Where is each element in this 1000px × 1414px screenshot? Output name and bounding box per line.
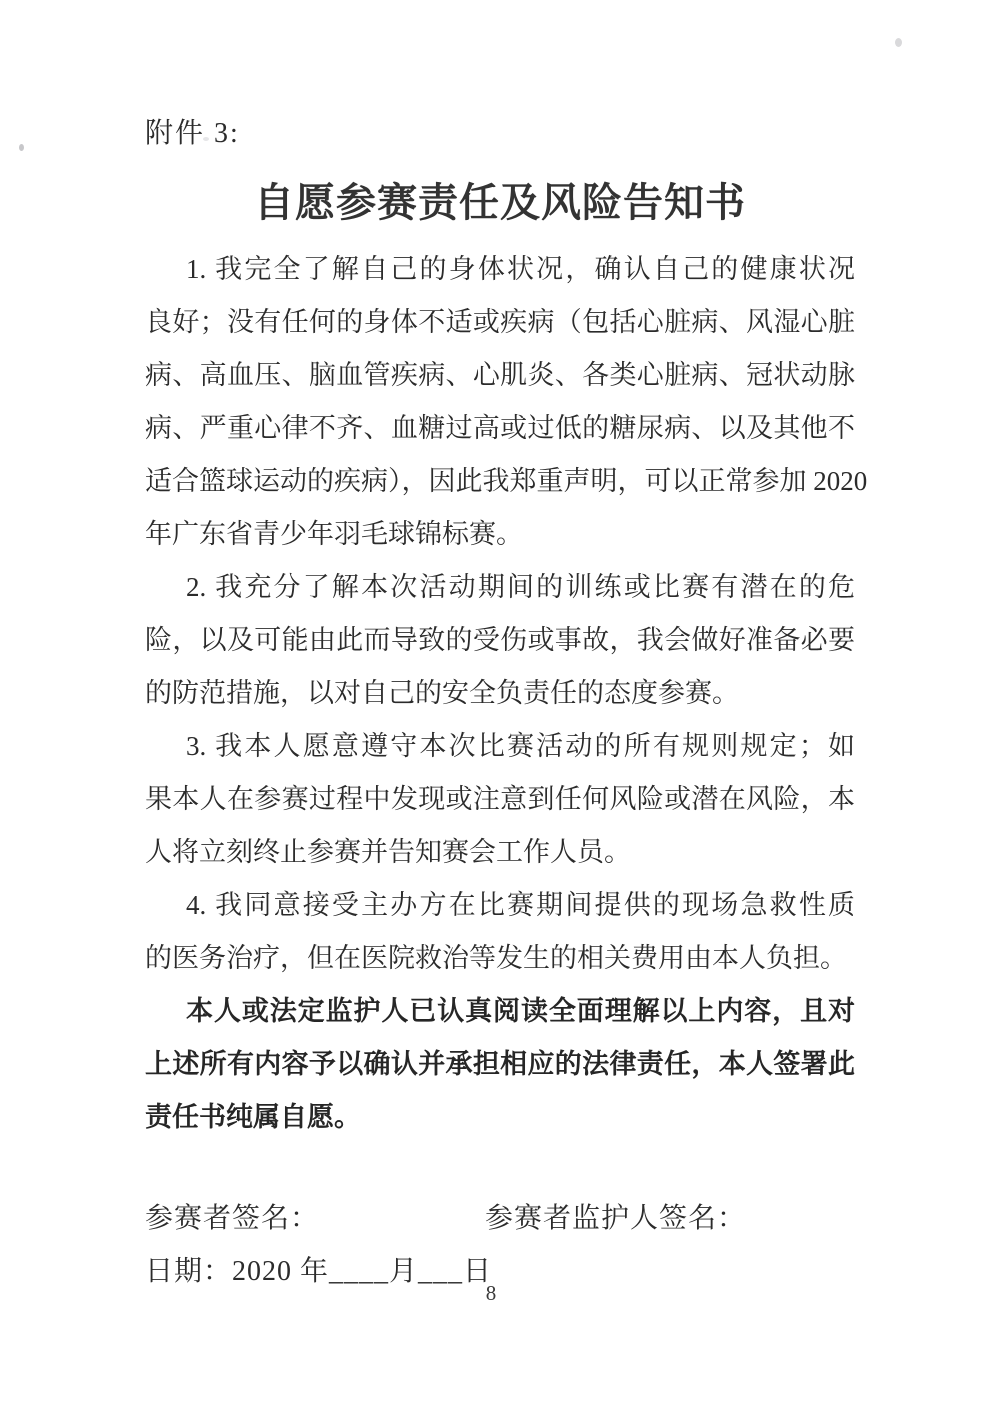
text-line: 1. 我完全了解自己的身体状况，确认自己的健康状况 [145,243,855,296]
text-line: 3. 我本人愿意遵守本次比赛活动的所有规则规定；如 [145,720,855,773]
text-line: 2. 我充分了解本次活动期间的训练或比赛有潜在的危 [145,561,855,614]
text-line: 病、严重心律不齐、血糖过高或过低的糖尿病、以及其他不 [145,402,855,455]
paragraph-declaration: 本人或法定监护人已认真阅读全面理解以上内容，且对 上述所有内容予以确认并承担相应… [145,985,855,1144]
text-line: 险，以及可能由此而导致的受伤或事故，我会做好准备必要 [145,614,855,667]
text-line: 的医务治疗，但在医院救治等发生的相关费用由本人负担。 [145,932,855,985]
text-line: 4. 我同意接受主办方在比赛期间提供的现场急救性质 [145,879,855,932]
scan-speck [19,144,24,151]
document-page: 附件 3: 自愿参赛责任及风险告知书 1. 我完全了解自己的身体状况，确认自己的… [0,0,1000,1414]
scan-speck [203,137,209,141]
document-body: 1. 我完全了解自己的身体状况，确认自己的健康状况 良好；没有任何的身体不适或疾… [145,243,855,1144]
text-line: 本人或法定监护人已认真阅读全面理解以上内容，且对 [145,985,855,1038]
text-line: 年广东省青少年羽毛球锦标赛。 [145,508,855,561]
text-line: 果本人在参赛过程中发现或注意到任何风险或潜在风险，本 [145,773,855,826]
guardian-signature-label: 参赛者监护人签名： [485,1192,746,1245]
text-line: 人将立刻终止参赛并告知赛会工作人员。 [145,826,855,879]
scan-speck [895,38,902,47]
paragraph-4: 4. 我同意接受主办方在比赛期间提供的现场急救性质 的医务治疗，但在医院救治等发… [145,879,855,985]
paragraph-1: 1. 我完全了解自己的身体状况，确认自己的健康状况 良好；没有任何的身体不适或疾… [145,243,855,561]
page-number: 8 [0,1280,982,1306]
text-line: 的防范措施，以对自己的安全负责任的态度参赛。 [145,667,855,720]
attachment-label: 附件 3: [145,116,240,152]
participant-signature-label: 参赛者签名： [145,1192,319,1245]
paragraph-2: 2. 我充分了解本次活动期间的训练或比赛有潜在的危 险，以及可能由此而导致的受伤… [145,561,855,720]
document-title: 自愿参赛责任及风险告知书 [145,178,855,228]
text-line: 病、高血压、脑血管疾病、心肌炎、各类心脏病、冠状动脉 [145,349,855,402]
text-line: 上述所有内容予以确认并承担相应的法律责任，本人签署此 [145,1038,855,1091]
paragraph-3: 3. 我本人愿意遵守本次比赛活动的所有规则规定；如 果本人在参赛过程中发现或注意… [145,720,855,879]
text-line: 责任书纯属自愿。 [145,1091,855,1144]
signature-row: 参赛者签名： 参赛者监护人签名： [145,1192,855,1245]
text-line: 良好；没有任何的身体不适或疾病（包括心脏病、风湿心脏 [145,296,855,349]
text-line: 适合篮球运动的疾病），因此我郑重声明，可以正常参加 2020 [145,455,855,508]
